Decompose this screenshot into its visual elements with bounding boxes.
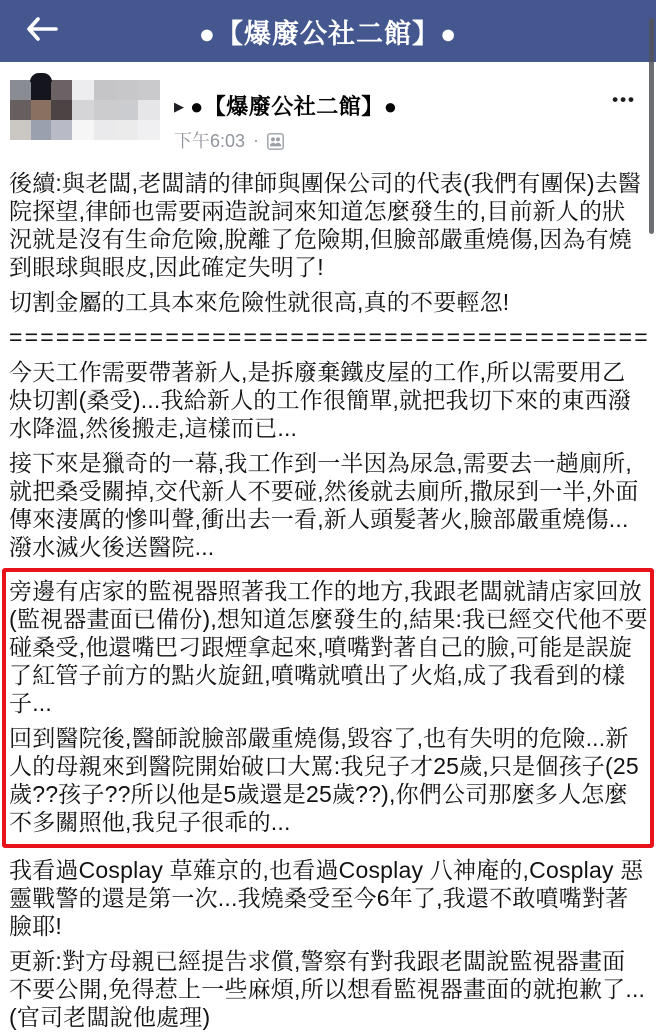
author-name-censored[interactable] (72, 80, 160, 140)
back-button[interactable] (20, 14, 64, 48)
censor-pixel (51, 120, 72, 140)
post-paragraph: 回到醫院後,醫師說臉部嚴重燒傷,毀容了,也有失明的危險...新人的母親來到醫院開… (9, 724, 648, 836)
post-paragraph: 後續:與老闆,老闆請的律師與團保公司的代表(我們有團保)去醫院探望,律師也需要兩… (9, 169, 647, 281)
post-paragraph: 切割金屬的工具本來危險性就很高,真的不要輕忽! (9, 288, 647, 316)
post-paragraph: 接下來是獵奇的一幕,我工作到一半因為尿急,需要去一趟廁所,就把桑受關掉,交代新人… (9, 449, 647, 561)
censor-pixel (51, 100, 72, 120)
back-arrow-icon (24, 15, 60, 48)
page-title: ●【爆廢公社二館】● (199, 12, 458, 51)
censor-pixel (72, 80, 94, 100)
censor-pixel (138, 120, 160, 140)
paragraphs-before-highlight: 後續:與老闆,老闆請的律師與團保公司的代表(我們有團保)去醫院探望,律師也需要兩… (9, 169, 647, 561)
screen: ●【爆廢公社二館】● ▶ ●【爆廢公社二館】● 下午6:03 · (0, 0, 656, 1032)
post-paragraph: 我看過Cosplay 草薙京的,也看過Cosplay 八神庵的,Cosplay … (9, 856, 647, 940)
group-name-link[interactable]: ●【爆廢公社二館】● (190, 90, 398, 121)
highlight-annotation-box: 旁邊有店家的監視器照著我工作的地方,我跟老闆就請店家回放(監視器畫面已備份),想… (2, 568, 654, 848)
meta-separator: · (253, 130, 259, 151)
censor-pixel (72, 100, 94, 120)
censor-pixel (10, 120, 31, 140)
app-bar: ●【爆廢公社二館】● (0, 0, 656, 62)
censor-pixel (94, 120, 116, 140)
censor-pixel (94, 80, 116, 100)
in-group-arrow-icon: ▶ (174, 99, 184, 115)
post-meta: ▶ ●【爆廢公社二館】● 下午6:03 · (174, 80, 398, 153)
censor-pixel (10, 100, 31, 120)
censor-pixel (31, 100, 52, 120)
equals-divider-line: ========================================… (9, 323, 647, 351)
censor-pixel (31, 80, 52, 100)
censor-pixel (138, 80, 160, 100)
post-paragraph: 今天工作需要帶著新人,是拆廢棄鐵皮屋的工作,所以需要用乙炔切割(桑受)...我給… (9, 358, 647, 442)
censor-pixel (138, 100, 160, 120)
post-paragraph: 更新:對方母親已經提告求償,警察有對我跟老闆說監視器畫面不要公開,免得惹上一些麻… (9, 947, 647, 1031)
post-paragraph: 旁邊有店家的監視器照著我工作的地方,我跟老闆就請店家回放(監視器畫面已備份),想… (9, 577, 648, 717)
censor-pixel (72, 120, 94, 140)
more-options-button[interactable]: ••• (612, 90, 636, 110)
censor-pixel (116, 120, 138, 140)
avatar[interactable] (10, 80, 72, 140)
avatar-head-silhouette (30, 73, 52, 82)
censor-pixel (116, 80, 138, 100)
post-body: 後續:與老闆,老闆請的律師與團保公司的代表(我們有團保)去醫院探望,律師也需要兩… (0, 169, 656, 1032)
post-header: ▶ ●【爆廢公社二館】● 下午6:03 · ••• (0, 62, 656, 153)
censor-pixel (116, 100, 138, 120)
censor-pixel (94, 100, 116, 120)
paragraphs-after-highlight: 我看過Cosplay 草薙京的,也看過Cosplay 八神庵的,Cosplay … (9, 856, 647, 1031)
censor-pixel (10, 80, 31, 100)
censor-pixel (51, 80, 72, 100)
timestamp[interactable]: 下午6:03 (174, 127, 245, 153)
group-privacy-icon (267, 133, 284, 150)
censor-pixel (31, 120, 52, 140)
